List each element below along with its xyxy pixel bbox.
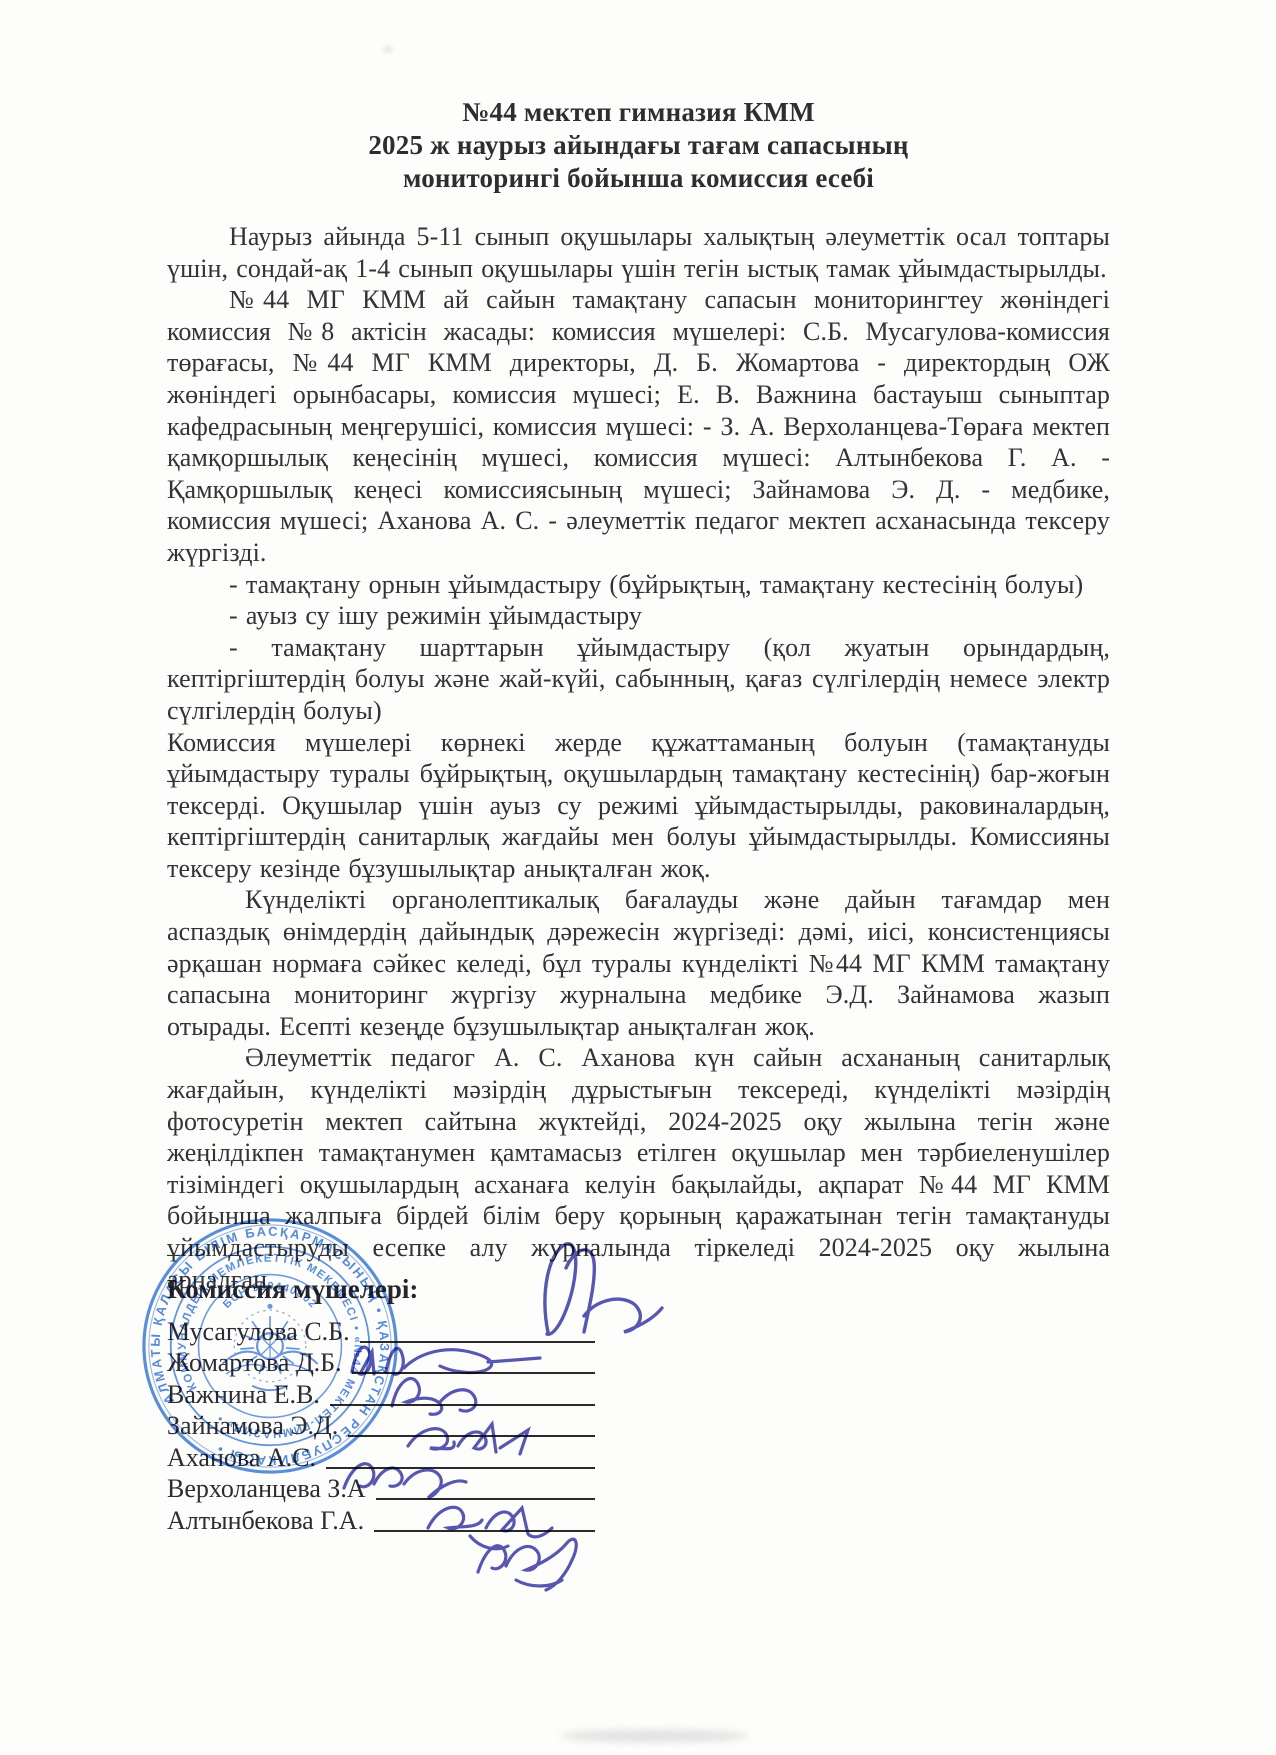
signature-row: Зайнамова Э.Д. [167, 1409, 595, 1441]
paragraph-intro: Наурыз айында 5-11 сынып оқушылары халық… [167, 221, 1110, 284]
signature-row: Мусагулова С.Б. [167, 1314, 595, 1346]
title-line-2: 2025 ж наурыз айындағы тағам сапасының [167, 129, 1110, 162]
title-line-1: №44 мектеп гимназия КММ [167, 96, 1110, 129]
title-line-3: мониторингі бойынша комиссия есебі [167, 162, 1110, 195]
member-name: Жомартова Д.Б. [167, 1349, 352, 1377]
signature-line [376, 1498, 595, 1500]
member-name: Аханова А.С. [167, 1444, 326, 1472]
bullet-item-3: - тамақтану шарттарын ұйымдастыру (қол ж… [167, 632, 1110, 727]
signature-line [326, 1467, 595, 1469]
member-name: Зайнамова Э.Д. [167, 1412, 348, 1440]
document-body: №44 мектеп гимназия КММ 2025 ж наурыз ай… [167, 96, 1110, 1295]
signature-line [374, 1530, 595, 1532]
signature-line [360, 1341, 595, 1343]
paragraph-commission: №44 МГ КММ ай сайын тамақтану сапасын мо… [167, 284, 1110, 568]
signature-row: Алтынбекова Г.А. [167, 1503, 595, 1535]
scan-smudge [560, 1730, 750, 1742]
paragraph-social-pedagog: Әлеуметтік педагог А. С. Аханова күн сай… [167, 1042, 1110, 1295]
signature-row: Жомартова Д.Б. [167, 1346, 595, 1378]
member-name: Мусагулова С.Б. [167, 1318, 360, 1346]
member-name: Алтынбекова Г.А. [167, 1507, 374, 1535]
signature-block: Комиссия мүшелері: Мусагулова С.Б. Жомар… [167, 1274, 595, 1535]
document-title: №44 мектеп гимназия КММ 2025 ж наурыз ай… [167, 96, 1110, 195]
signature-row: Аханова А.С. [167, 1440, 595, 1472]
scan-speck [383, 46, 393, 53]
signature-line [330, 1404, 595, 1406]
signature-line [348, 1435, 595, 1437]
signature-line [352, 1372, 595, 1374]
member-name: Верхоланцева З.А [167, 1475, 376, 1503]
bullet-item-1: - тамақтану орнын ұйымдастыру (бұйрықтың… [167, 569, 1110, 601]
member-name: Важнина Е.В. [167, 1381, 330, 1409]
scanned-document-page: №44 мектеп гимназия КММ 2025 ж наурыз ай… [0, 0, 1276, 1755]
signature-stroke-altynbekova [478, 1539, 576, 1590]
paragraph-inspection: Комиссия мүшелері көрнекі жерде құжаттам… [167, 727, 1110, 885]
signature-heading: Комиссия мүшелері: [167, 1274, 595, 1305]
bullet-item-2: - ауыз су ішу режимін ұйымдастыру [167, 600, 1110, 632]
paragraph-organoleptic: Күнделікті органолептикалық бағалауды жә… [167, 884, 1110, 1042]
signature-row: Важнина Е.В. [167, 1377, 595, 1409]
signature-row: Верхоланцева З.А [167, 1472, 595, 1504]
